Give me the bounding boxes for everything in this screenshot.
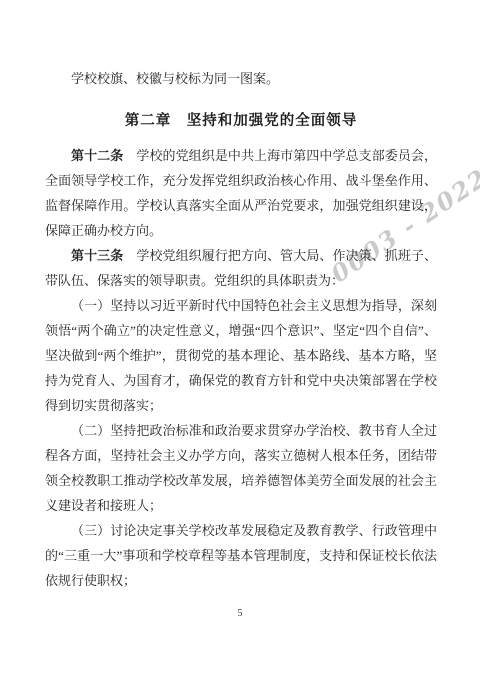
paragraph-item-2: （二）坚持把政治标准和政治要求贯穿办学治校、教书育人全过程各方面，坚持社会主义办… xyxy=(45,418,437,518)
item-label: （二） xyxy=(71,423,110,438)
paragraph-item-1: （一）坚持以习近平新时代中国特色社会主义思想为指导，深刻领悟“两个确立”的决定性… xyxy=(45,293,437,418)
item-label: （三） xyxy=(71,523,110,538)
item-text: 坚持以习近平新时代中国特色社会主义思想为指导，深刻领悟“两个确立”的决定性意义，… xyxy=(45,298,437,413)
chapter-heading: 第二章 坚持和加强党的全面领导 xyxy=(45,109,437,134)
page-number: 5 xyxy=(0,608,480,619)
article-label: 第十三条 xyxy=(71,248,136,263)
item-label: （一） xyxy=(71,298,110,313)
article-label: 第十二条 xyxy=(71,148,136,163)
paragraph-item-3: （三）讨论决定事关学校改革发展稳定及教育教学、行政管理中的“三重一大”事项和学校… xyxy=(45,518,437,593)
paragraph-article-13: 第十三条 学校党组织履行把方向、管大局、作决策、抓班子、带队伍、保落实的领导职责… xyxy=(45,243,437,293)
document-page: 0003 - 2022 学校校旗、校徽与校标为同一图案。 第二章 坚持和加强党的… xyxy=(0,0,480,679)
page-content: 学校校旗、校徽与校标为同一图案。 第二章 坚持和加强党的全面领导 第十二条 学校… xyxy=(45,66,437,593)
paragraph-article-12: 第十二条 学校的党组织是中共上海市第四中学总支部委员会，全面领导学校工作，充分发… xyxy=(45,143,437,243)
intro-line: 学校校旗、校徽与校标为同一图案。 xyxy=(45,66,437,91)
